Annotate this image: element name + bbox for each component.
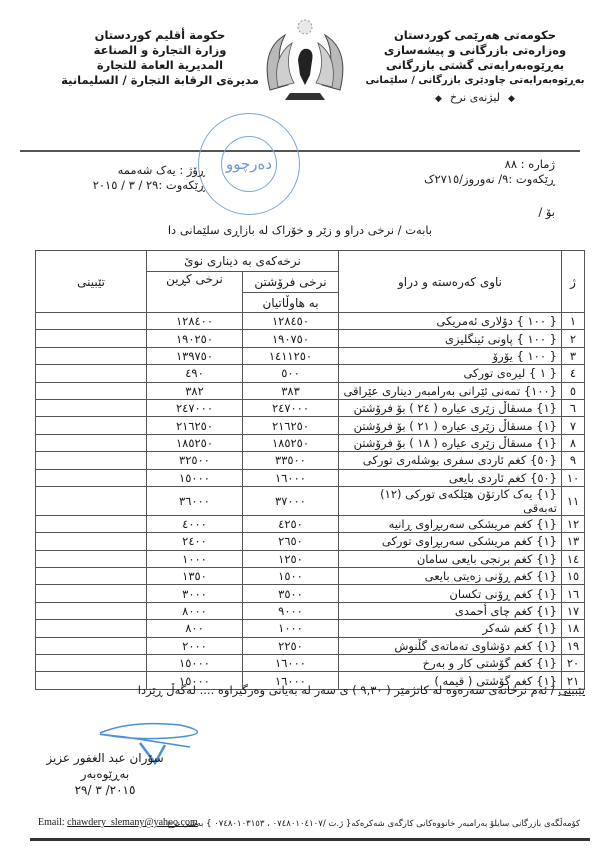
header-item-name: ناوی کەرەستە و دراو xyxy=(339,251,562,313)
sell-price: ١٢٨٤٥٠ xyxy=(243,313,339,330)
row-note xyxy=(36,637,147,654)
table-row: ٦{١} مسقاڵ زێری عیارە ( ٢٤ ) بۆ فرۆشتن٢٤… xyxy=(36,399,585,416)
footnote-label: تێبینی xyxy=(558,683,585,697)
table-row: ٢{ ١٠٠ } پاونی ئینگلیزی١٩٠٧٥٠١٩٠٢٥٠ xyxy=(36,330,585,347)
item-name: { ١٠٠ } دۆلاری ئەمریکی xyxy=(339,313,562,330)
table-row: ٥{١٠٠} تمەنی ئێرانی بەرامبەر دیناری عێرا… xyxy=(36,382,585,399)
footer-divider xyxy=(30,838,590,841)
buy-price: ١٨٥٢٥٠ xyxy=(147,434,243,451)
item-name: {١} مسقاڵ زێری عیارە ( ٢٤ ) بۆ فرۆشتن xyxy=(339,399,562,416)
sell-price: ٢٦٥٠ xyxy=(243,533,339,550)
row-note xyxy=(36,620,147,637)
header-notes: تێبینی xyxy=(36,251,147,313)
email-label: Email: xyxy=(38,817,65,828)
row-note xyxy=(36,486,147,515)
table-row: ٢٠{١} کغم گۆشتی کار و بەرخ١٦٠٠٠١٥٠٠٠ xyxy=(36,655,585,672)
buy-price: ١٣٩٧٥٠ xyxy=(147,347,243,364)
letterhead-line: حکومەتی هەرێمی کوردستان xyxy=(355,28,595,43)
buy-price: ٤٩٠ xyxy=(147,365,243,382)
row-index: ٦ xyxy=(562,399,585,416)
letterhead-line: بەڕێوەبەرایەتی گشتی بازرگانی xyxy=(355,58,595,73)
row-note xyxy=(36,399,147,416)
signature-date: ٢٠١٥/ ٣ /٢٩ xyxy=(30,782,180,798)
sell-price: ٣٣٥٠٠ xyxy=(243,452,339,469)
row-note xyxy=(36,533,147,550)
buy-price: ١٢٨٤٠٠ xyxy=(147,313,243,330)
item-name: {١} کغم مریشکی سەربڕاوی ڕانیە xyxy=(339,515,562,532)
buy-price: ٢٠٠٠ xyxy=(147,637,243,654)
row-note xyxy=(36,469,147,486)
sell-price: ٣٧٠٠٠ xyxy=(243,486,339,515)
buy-price: ٢٤٠٠ xyxy=(147,533,243,550)
reference-date: ڕێکەوت :٩/ نەوروز/٢٧١٥ک xyxy=(424,172,555,187)
table-row: ١٠{٥٠} کغم ئاردی بایعی١٦٠٠٠١٥٠٠٠ xyxy=(36,469,585,486)
item-name: {٥٠} کغم ئاردی سفری بوشلەری تورکی xyxy=(339,452,562,469)
sell-price: ٢٢٥٠ xyxy=(243,637,339,654)
sell-price: ٤٢٥٠ xyxy=(243,515,339,532)
row-index: ٥ xyxy=(562,382,585,399)
item-name: {١} مسقاڵ زێری عیارە ( ١٨ ) بۆ فرۆشتن xyxy=(339,434,562,451)
footnote: تێبینی / ئەم نرخانەی سەرەوە لە کاتژمێر (… xyxy=(120,683,585,697)
buy-price: ٣٠٠٠ xyxy=(147,585,243,602)
buy-price: ١٥٠٠٠ xyxy=(147,655,243,672)
table-row: ١{ ١٠٠ } دۆلاری ئەمریکی١٢٨٤٥٠١٢٨٤٠٠ xyxy=(36,313,585,330)
buy-price: ٢١٦٢٥٠ xyxy=(147,417,243,434)
buy-price: ٨٠٠٠ xyxy=(147,602,243,619)
footnote-text: / ئەم نرخانەی سەرەوە لە کاتژمێر ( ٩,٣٠ )… xyxy=(138,683,555,697)
committee-label: ◆لیژنەی نرخ◆ xyxy=(355,90,595,107)
signatory-title: بەڕێوەبەر xyxy=(30,766,180,782)
buy-price: ٣٨٢ xyxy=(147,382,243,399)
footer-address: کۆمەڵگەی بازرگانی سایلۆ بەرامبەر خانووەک… xyxy=(167,819,580,829)
header-sell-subtitle: بە هاوڵاتیان xyxy=(243,293,339,313)
price-table-body: ١{ ١٠٠ } دۆلاری ئەمریکی١٢٨٤٥٠١٢٨٤٠٠٢{ ١٠… xyxy=(36,313,585,690)
letterhead-line: بەڕێوەبەرایەتی چاودێری بازرگانی / سلێمان… xyxy=(355,73,595,88)
sell-price: ١٩٠٧٥٠ xyxy=(243,330,339,347)
table-row: ١٦{١} کغم ڕۆنی تکسان٣٥٠٠٣٠٠٠ xyxy=(36,585,585,602)
sell-price: ١٥٠٠ xyxy=(243,568,339,585)
stamp-text: دەرچوو xyxy=(221,136,277,192)
table-row: ٨{١} مسقاڵ زێری عیارە ( ١٨ ) بۆ فرۆشتن١٨… xyxy=(36,434,585,451)
item-name: {١} کغم گۆشتی کار و بەرخ xyxy=(339,655,562,672)
header-sell-price: نرخی فرۆشتن xyxy=(243,272,339,293)
sell-price: ١٠٠٠ xyxy=(243,620,339,637)
item-name: {١} کغم چای أحمدی xyxy=(339,602,562,619)
arabic-letterhead: حكومة أقليم كوردستان وزارة التجارة و الص… xyxy=(60,28,260,88)
letterhead-line: حكومة أقليم كوردستان xyxy=(60,28,260,43)
row-index: ١٥ xyxy=(562,568,585,585)
diamond-icon: ◆ xyxy=(500,94,523,104)
row-index: ١٨ xyxy=(562,620,585,637)
sell-price: ٢٤٧٠٠٠ xyxy=(243,399,339,416)
table-row: ٩{٥٠} کغم ئاردی سفری بوشلەری تورکی٣٣٥٠٠٣… xyxy=(36,452,585,469)
item-name: {١} کغم ڕۆنی تکسان xyxy=(339,585,562,602)
item-name: {١} کغم ڕۆنی زەیتی بایعی xyxy=(339,568,562,585)
letterhead-line: وزارة التجارة و الصناعة xyxy=(60,43,260,58)
kurdistan-emblem-icon xyxy=(250,15,360,100)
letterhead-line: مديرةى الرقابة التجارة / السليمانية xyxy=(60,73,260,88)
item-name: {١} یەک کارتۆن هێلکەی تورکی (١٢) تەبەقی xyxy=(339,486,562,515)
row-index: ٩ xyxy=(562,452,585,469)
row-note xyxy=(36,568,147,585)
sell-price: ٩٠٠٠ xyxy=(243,602,339,619)
header-price-group: نرخەکەی بە دیناری نوێ xyxy=(147,251,339,272)
row-index: ١٢ xyxy=(562,515,585,532)
buy-price: ١٩٠٢٥٠ xyxy=(147,330,243,347)
table-row: ١٥{١} کغم ڕۆنی زەیتی بایعی١٥٠٠١٣٥٠ xyxy=(36,568,585,585)
item-name: { ١٠٠ } پاونی ئینگلیزی xyxy=(339,330,562,347)
date-block: ڕۆژ : یەک شەممە ڕێکەوت :٢٩ / ٣ / ٢٠١٥ xyxy=(45,163,205,193)
row-note xyxy=(36,515,147,532)
table-row: ١٢{١} کغم مریشکی سەربڕاوی ڕانیە٤٢٥٠٤٠٠٠ xyxy=(36,515,585,532)
item-name: {١} مسقاڵ زێری عیارە ( ٢١ ) بۆ فرۆشتن xyxy=(339,417,562,434)
row-note xyxy=(36,313,147,330)
row-note xyxy=(36,585,147,602)
table-row: ١١{١} یەک کارتۆن هێلکەی تورکی (١٢) تەبەق… xyxy=(36,486,585,515)
sell-price: ١٤١١٢٥٠ xyxy=(243,347,339,364)
row-index: ١٧ xyxy=(562,602,585,619)
buy-price: ٨٠٠ xyxy=(147,620,243,637)
buy-price: ٣٢٥٠٠ xyxy=(147,452,243,469)
sell-price: ٥٠٠ xyxy=(243,365,339,382)
price-table: ژ ناوی کەرەستە و دراو نرخەکەی بە دیناری … xyxy=(35,250,585,690)
sell-price: ١٢٥٠ xyxy=(243,550,339,567)
row-index: ١٤ xyxy=(562,550,585,567)
sell-price: ١٦٠٠٠ xyxy=(243,655,339,672)
buy-price: ١٠٠٠ xyxy=(147,550,243,567)
recipient: بۆ / xyxy=(538,205,555,220)
outgoing-stamp: دەرچوو xyxy=(198,113,300,215)
buy-price: ٤٠٠٠ xyxy=(147,515,243,532)
document-date: ڕێکەوت :٢٩ / ٣ / ٢٠١٥ xyxy=(45,178,205,193)
row-index: ١١ xyxy=(562,486,585,515)
signature-block: سۆران عبد الغفور عزیز بەڕێوەبەر ٢٠١٥/ ٣ … xyxy=(30,750,180,798)
row-index: ١٠ xyxy=(562,469,585,486)
row-index: ٨ xyxy=(562,434,585,451)
sell-price: ٢١٦٢٥٠ xyxy=(243,417,339,434)
subject: بابەت / نرخی دراو و زێر و خۆراک لە بازاڕ… xyxy=(0,223,600,238)
row-note xyxy=(36,655,147,672)
item-name: {١} کغم برنجی بایعی سامان xyxy=(339,550,562,567)
row-index: ٣ xyxy=(562,347,585,364)
table-row: ١٣{١} کغم مریشکی سەربڕاوی تورکی٢٦٥٠٢٤٠٠ xyxy=(36,533,585,550)
letterhead-line: وەزارەتی بازرگانی و پیشەسازی xyxy=(355,43,595,58)
reference-block: ژمارە : ٨٨ ڕێکەوت :٩/ نەوروز/٢٧١٥ک xyxy=(424,157,555,187)
table-row: ١٤{١} کغم برنجی بایعی سامان١٢٥٠١٠٠٠ xyxy=(36,550,585,567)
item-name: {٥٠} کغم ئاردی بایعی xyxy=(339,469,562,486)
table-row: ٤{ ١ } لیرەی تورکی٥٠٠٤٩٠ xyxy=(36,365,585,382)
buy-price: ١٥٠٠٠ xyxy=(147,469,243,486)
row-index: ٤ xyxy=(562,365,585,382)
committee-text: لیژنەی نرخ xyxy=(450,91,500,104)
item-name: {١} کغم دۆشاوی تەماتەی گڵنوش xyxy=(339,637,562,654)
item-name: { ١٠٠ } یۆرۆ xyxy=(339,347,562,364)
row-index: ٢ xyxy=(562,330,585,347)
diamond-icon: ◆ xyxy=(427,94,450,104)
signatory-name: سۆران عبد الغفور عزیز xyxy=(30,750,180,766)
table-row: ١٧{١} کغم چای أحمدی٩٠٠٠٨٠٠٠ xyxy=(36,602,585,619)
row-index: ١٦ xyxy=(562,585,585,602)
row-note xyxy=(36,382,147,399)
row-note xyxy=(36,452,147,469)
buy-price: ٣٦٠٠٠ xyxy=(147,486,243,515)
row-note xyxy=(36,550,147,567)
row-note xyxy=(36,347,147,364)
item-name: {١٠٠} تمەنی ئێرانی بەرامبەر دیناری عێراق… xyxy=(339,382,562,399)
sell-price: ١٨٥٢٥٠ xyxy=(243,434,339,451)
sell-price: ٣٨٣ xyxy=(243,382,339,399)
item-name: {١} کغم شەکر xyxy=(339,620,562,637)
price-table-container: ژ ناوی کەرەستە و دراو نرخەکەی بە دیناری … xyxy=(35,250,585,690)
row-index: ١ xyxy=(562,313,585,330)
table-row: ٣{ ١٠٠ } یۆرۆ١٤١١٢٥٠١٣٩٧٥٠ xyxy=(36,347,585,364)
buy-price: ١٣٥٠ xyxy=(147,568,243,585)
table-row: ١٨{١} کغم شەکر١٠٠٠٨٠٠ xyxy=(36,620,585,637)
row-index: ١٩ xyxy=(562,637,585,654)
row-index: ٧ xyxy=(562,417,585,434)
row-note xyxy=(36,365,147,382)
day-of-week: ڕۆژ : یەک شەممە xyxy=(45,163,205,178)
row-index: ١٣ xyxy=(562,533,585,550)
header-buy-price: نرخی کڕین xyxy=(147,272,243,313)
header-divider xyxy=(20,150,580,152)
row-note xyxy=(36,330,147,347)
table-row: ٧{١} مسقاڵ زێری عیارە ( ٢١ ) بۆ فرۆشتن٢١… xyxy=(36,417,585,434)
row-note xyxy=(36,417,147,434)
document-number: ژمارە : ٨٨ xyxy=(424,157,555,172)
row-note xyxy=(36,434,147,451)
table-row: ١٩{١} کغم دۆشاوی تەماتەی گڵنوش٢٢٥٠٢٠٠٠ xyxy=(36,637,585,654)
sell-price: ٣٥٠٠ xyxy=(243,585,339,602)
letterhead-line: المديرية العامة للتجارة xyxy=(60,58,260,73)
item-name: { ١ } لیرەی تورکی xyxy=(339,365,562,382)
buy-price: ٢٤٧٠٠٠ xyxy=(147,399,243,416)
row-index: ٢٠ xyxy=(562,655,585,672)
header-index: ژ xyxy=(562,251,585,313)
kurdish-letterhead: حکومەتی هەرێمی کوردستان وەزارەتی بازرگان… xyxy=(355,28,595,107)
item-name: {١} کغم مریشکی سەربڕاوی تورکی xyxy=(339,533,562,550)
row-note xyxy=(36,602,147,619)
sell-price: ١٦٠٠٠ xyxy=(243,469,339,486)
